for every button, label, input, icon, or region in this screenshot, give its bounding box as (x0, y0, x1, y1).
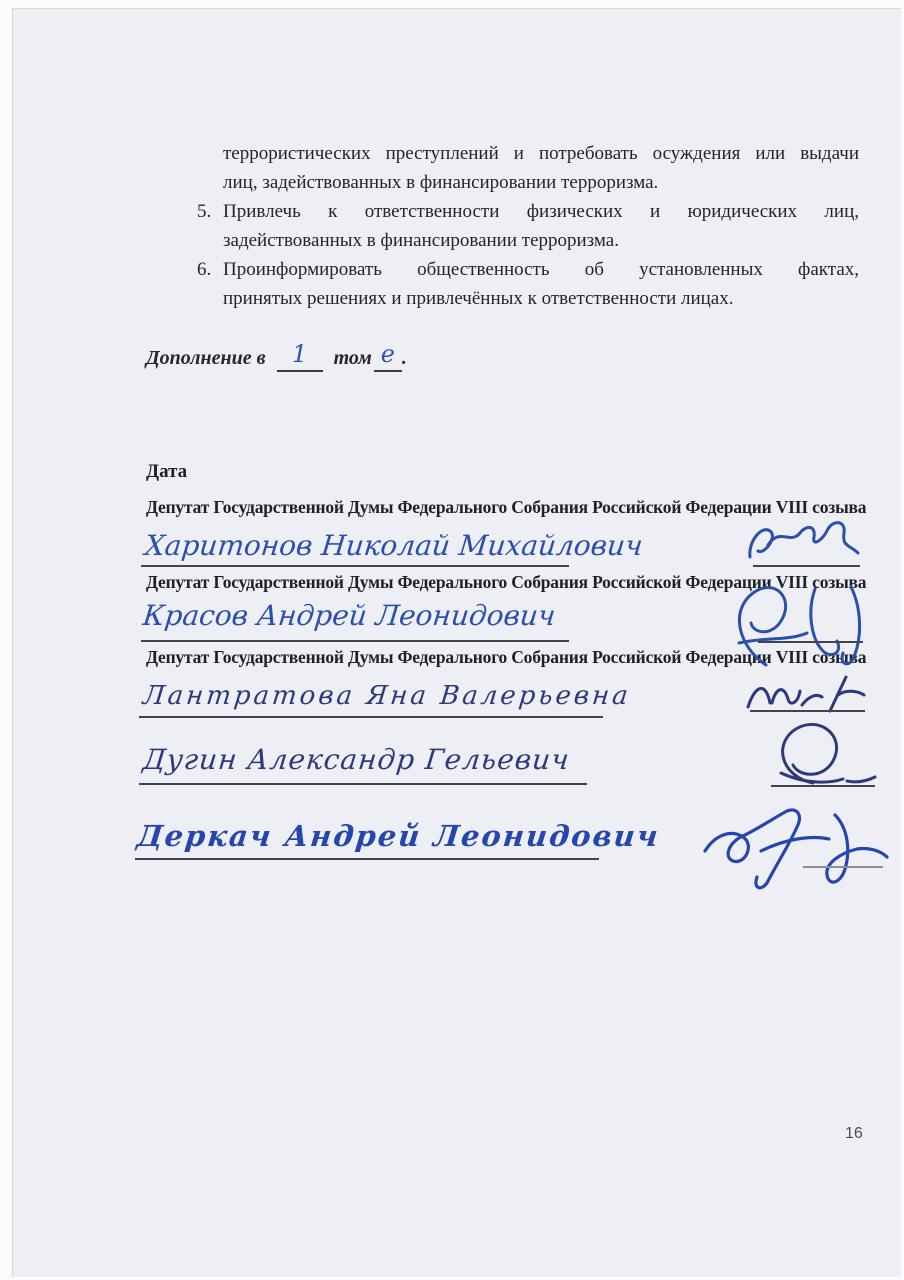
page-number: 16 (845, 1125, 863, 1143)
date-label: Дата (146, 461, 187, 483)
name-underline (141, 640, 569, 642)
body-line: террористических преступлений и потребов… (223, 139, 859, 168)
name-underline (141, 565, 569, 567)
list-number: 5. (197, 197, 211, 226)
signature-underline (753, 565, 860, 567)
handwritten-name-krasov: Красов Андрей Леонидович (141, 599, 557, 632)
signature-underline (750, 710, 865, 712)
deputy-heading-1: Депутат Государственной Думы Федеральног… (146, 497, 891, 518)
signature-krasov (711, 581, 876, 669)
handwritten-name-dugin: Дугин Александр Гельевич (141, 743, 571, 776)
list-item-5: 5.Привлечь к ответственности физических … (223, 197, 859, 226)
handwritten-ending: е (381, 340, 395, 368)
addendum-period: . (402, 347, 407, 369)
scanned-document-page: террористических преступлений и потребов… (12, 8, 901, 1277)
list-number: 6. (197, 255, 211, 284)
addendum-middle: том (334, 347, 372, 369)
handwritten-name-derkach: Деркач Андрей Леонидович (135, 819, 661, 853)
body-line: задействованных в финансировании террори… (223, 226, 859, 255)
handwritten-volume-number: 1 (292, 340, 307, 368)
signature-derkach (701, 805, 891, 893)
signature-dugin (761, 721, 879, 789)
handwritten-name-kharitonov: Харитонов Николай Михайлович (143, 529, 644, 562)
name-underline (135, 858, 599, 860)
signature-kharitonov (746, 517, 864, 565)
body-line: принятых решениях и привлечённых к ответ… (223, 284, 859, 313)
handwritten-name-lantratova: Лантратова Яна Валерьевна (141, 681, 632, 711)
addendum-line: Дополнение в 1 томе. (146, 342, 407, 372)
name-underline (139, 716, 603, 718)
signature-strike-line (803, 866, 883, 868)
list-item-6: 6.Проинформировать общественность об уст… (223, 255, 859, 284)
addendum-prefix: Дополнение в (146, 347, 266, 369)
body-line: лиц, задействованных в финансировании те… (223, 168, 859, 197)
name-underline (139, 783, 587, 785)
signature-underline (758, 641, 863, 643)
signature-lantratova (746, 675, 868, 715)
ending-blank: е (374, 342, 402, 372)
volume-blank: 1 (277, 342, 323, 372)
signature-underline (771, 785, 875, 787)
